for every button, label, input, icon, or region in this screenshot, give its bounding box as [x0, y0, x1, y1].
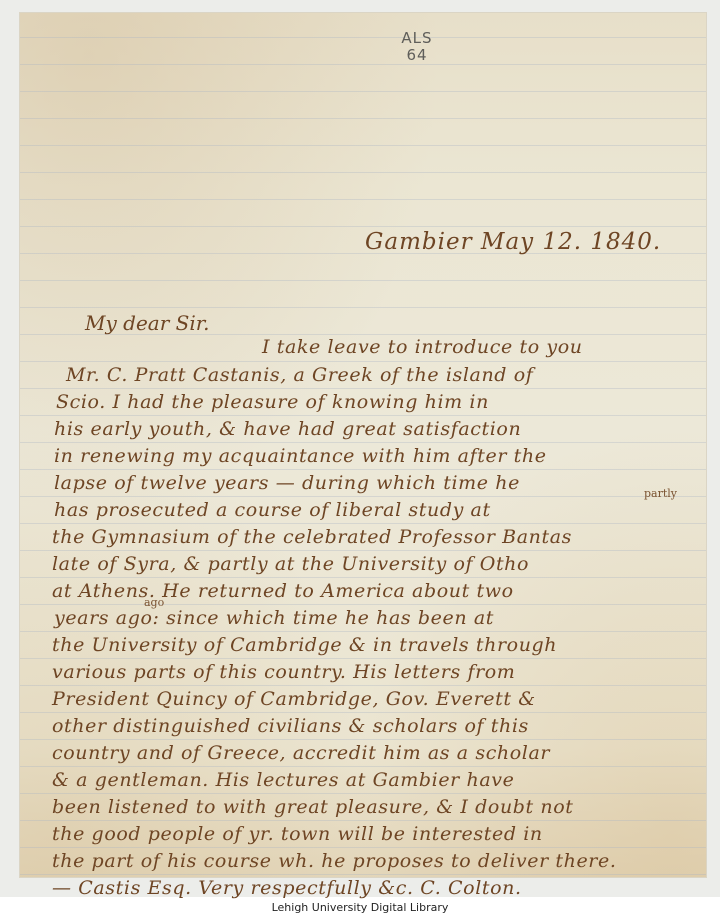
letter-page: ALS 64 Gambier May 12. 1840. My dear Sir… — [20, 13, 706, 877]
archival-pencil-note: ALS 64 — [377, 30, 457, 64]
library-caption: Lehigh University Digital Library — [0, 897, 720, 918]
pencil-note-line-2: 64 — [377, 47, 457, 64]
letter-dateline: Gambier May 12. 1840. — [365, 229, 661, 255]
interlinear-insertion: partly — [644, 487, 677, 500]
pencil-note-line-1: ALS — [377, 30, 457, 47]
letter-salutation: My dear Sir. — [85, 311, 209, 335]
